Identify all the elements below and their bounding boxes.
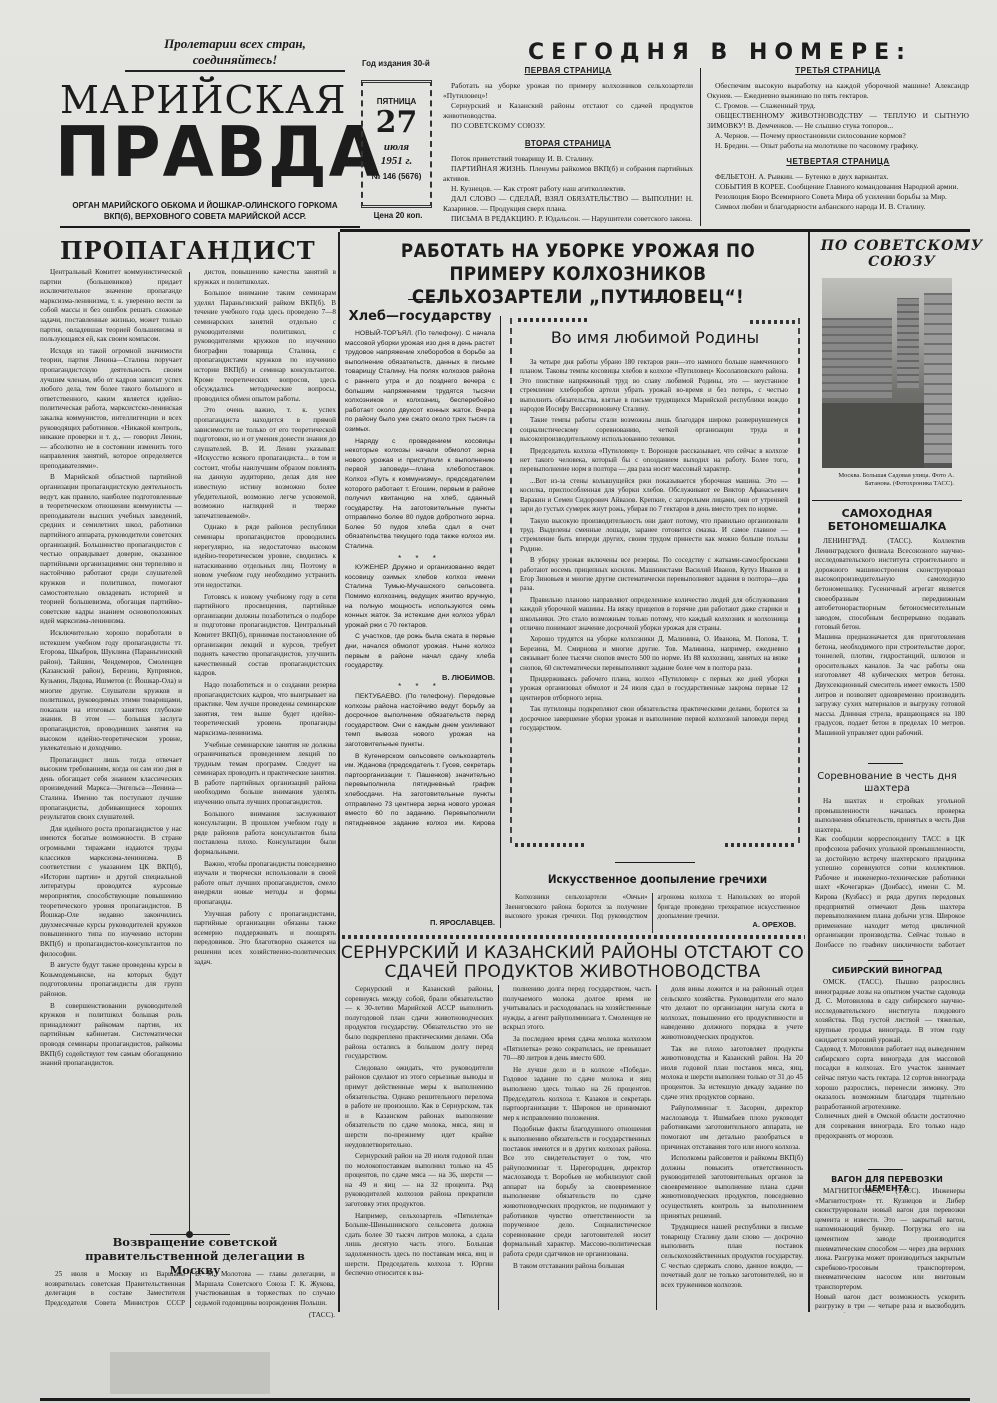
signature: В. ЛЮБИМОВ. (345, 673, 495, 683)
separator: * * * (345, 554, 495, 564)
paragraph: С участков, где рожь была сжата в первые… (345, 632, 495, 670)
delegation-column-2: В. М. Молотова — главы делегации, и Марш… (195, 1270, 335, 1318)
contents-item: ФЕЛЬЕТОН. А. Рывкин. — Бутенко в двух ва… (707, 172, 969, 182)
contents-item: С. Громов. — Слаженный труд. (707, 101, 969, 111)
contents-item: ПАРТИЙНАЯ ЖИЗНЬ. Пленумы райкомов ВКП(б)… (443, 164, 693, 184)
bread-headline: Хлеб—государству (345, 309, 495, 324)
divider (812, 500, 962, 501)
divider (868, 1169, 903, 1170)
contents-item: ПО СОВЕТСКОМУ СОЮЗУ. (443, 121, 693, 131)
livestock-column-2: полнению долга перед государством, часть… (503, 985, 651, 1315)
contents-item: Н. Кузнецов. — Как строят работу наш аги… (443, 184, 693, 194)
paragraph: Надо позаботиться и о создании резерва п… (194, 681, 336, 739)
photo-moscow-street (822, 278, 952, 468)
contents-item: ОБЩЕСТВЕННОМУ ЖИВОТНОВОДСТВУ — ТЕПЛУЮ И … (707, 111, 969, 131)
paragraph: Колхозники сельхозартели «Овчьи» Звениго… (505, 893, 800, 923)
year: 1951 г. (363, 154, 430, 168)
contents-item: ПИСЬМА В РЕДАКЦИЮ. Р. Юдальсон. — Наруши… (443, 214, 693, 224)
date-box: ПЯТНИЦА 27 июля 1951 г. № 146 (5676) (361, 80, 432, 208)
contents-item: А. Чернов. — Почему приостановили силосо… (707, 131, 969, 141)
contents-item: Резолюция Бюро Всемирного Совета Мира об… (707, 192, 969, 202)
divider (700, 68, 701, 226)
paragraph: Такую высокую производительность они даю… (520, 517, 788, 555)
buckwheat-signature: А. ОРЕХОВ. (700, 920, 796, 929)
paragraph: Правильно планово направляют определенно… (520, 596, 788, 634)
day: 27 (363, 106, 430, 140)
paragraph: Например, сельхозартель «Пятилетка» Боль… (345, 1212, 493, 1279)
contents-right: ТРЕТЬЯ СТРАНИЦА Обеспечим высокую вырабо… (707, 63, 969, 212)
paragraph: За четыре дня работы убрано 180 гектаров… (520, 358, 788, 414)
contents-left: ПЕРВАЯ СТРАНИЦА Работать на уборке урожа… (443, 63, 693, 224)
paragraph: полнению долга перед государством, часть… (503, 985, 651, 1033)
section-divider (338, 232, 340, 1312)
ornament (518, 318, 588, 322)
paragraph: Не лучше дело и в колхозе «Победа». Годо… (503, 1066, 651, 1124)
paragraph: Однако в ряде районов республики семинар… (194, 523, 336, 590)
ornament-divider (342, 935, 805, 939)
divider (615, 862, 695, 863)
sidebar-item-text: МАГНИТОГОРСК. (ТАСС). Инженеры «Магнитос… (815, 1187, 965, 1313)
divider (640, 299, 675, 300)
paragraph: Центральный Комитет коммунистической пар… (40, 268, 182, 345)
bread-article: НОВЫЙ-ТОРЪЯЛ. (По телефону). С начала ма… (345, 329, 495, 829)
sidebar-headline: ПО СОВЕТСКОМУ СОЮЗУ (812, 238, 992, 270)
editorial-column-1: Центральный Комитет коммунистической пар… (40, 268, 182, 1231)
column-divider (189, 272, 190, 1232)
paragraph: Исходя из такой огромной значимости теор… (40, 347, 182, 472)
livestock-headline: СЕРНУРСКИЙ И КАЗАНСКИЙ РАЙОНЫ ОТСТАЮТ СО… (340, 944, 805, 982)
source: (ТАСС). (195, 1310, 335, 1318)
price: Цена 20 коп. (368, 211, 428, 220)
contents-item: Поток приветствий товарищу И. В. Сталину… (443, 154, 693, 164)
contents-title: СЕГОДНЯ В НОМЕРЕ: (520, 40, 920, 65)
contents-page-heading: ЧЕТВЕРТАЯ СТРАНИЦА (707, 157, 969, 167)
contents-item: ДАЛ СЛОВО — СДЕЛАЙ, ВЗЯЛ ОБЯЗАТЕЛЬСТВО —… (443, 194, 693, 214)
paragraph: Председатель колхоза «Путиловец» т. Воро… (520, 447, 788, 475)
contents-item: Работать на уборке урожая по примеру кол… (443, 81, 693, 101)
library-stamp (110, 1352, 270, 1394)
rodina-article: За четыре дня работы убрано 180 гектаров… (520, 358, 788, 836)
delegation-column-1: 25 июля в Москву из Варшавы возвратилась… (45, 1270, 185, 1310)
paragraph: 25 июля в Москву из Варшавы возвратилась… (45, 1270, 185, 1310)
paragraph: КУЖЕНЕР. Дружно и организованно ведет ко… (345, 563, 495, 630)
ornament (725, 843, 795, 847)
sidebar-item-headline: СИБИРСКИЙ ВИНОГРАД (812, 966, 962, 975)
bottom-rule (40, 1398, 970, 1401)
divider (340, 229, 970, 232)
column-divider (656, 985, 657, 1310)
livestock-column-1: Сернурский и Казанский районы, соревнуяс… (345, 985, 493, 1315)
paragraph: Наряду с проведением косовицы некоторые … (345, 437, 495, 552)
paragraph: Так же плохо заготовляет продукты животн… (661, 1045, 803, 1103)
ornament (515, 843, 585, 847)
paragraph: Следовало ожидать, что руководители райо… (345, 1064, 493, 1150)
contents-item: Символ любви и благодарности албанского … (707, 202, 969, 212)
paragraph: Сернурский и Казанский районы, соревнуяс… (345, 985, 493, 1062)
paragraph: Сернурский район на 20 июля годовой план… (345, 1152, 493, 1210)
contents-item: Обеспечим высокую выработку на каждой уб… (707, 81, 969, 101)
paragraph: Это очень важно, т. к. успех пропагандис… (194, 406, 336, 521)
column-divider (500, 316, 501, 928)
contents-item: Н. Бредин. — Опыт работы на молотилке по… (707, 141, 969, 151)
paragraph: Улучшая работу с пропагандистами, партий… (194, 910, 336, 968)
paragraph: Исполкомы райсоветов и райкомы ВКП(б) до… (661, 1154, 803, 1221)
paragraph: В уборку урожая включены все резервы. По… (520, 556, 788, 594)
paragraph: Учебные семинарские занятия не должны ог… (194, 741, 336, 808)
paragraph: Подобные факты благодушного отношения к … (503, 1125, 651, 1259)
sidebar-item-text: ЛЕНИНГРАД. (ТАСС). Коллектив Ленинградск… (815, 537, 965, 755)
masthead-slogan: Пролетарии всех стран, соединяйтесь! (125, 36, 345, 72)
paragraph: Так путиловцы подкрепляют свои обязатель… (520, 705, 788, 733)
livestock-column-3: доля вины ложится и на районный отдел се… (661, 985, 803, 1315)
paragraph: Важно, чтобы пропагандисты повседневно и… (194, 860, 336, 908)
divider (408, 299, 443, 300)
paragraph: В. М. Молотова — главы делегации, и Марш… (195, 1270, 335, 1308)
paragraph: В совершенствовании руководителей кружко… (40, 1002, 182, 1069)
ornament (750, 320, 795, 324)
section-divider (808, 232, 810, 1312)
paragraph: Большое внимание таким семинарам уделял … (194, 289, 336, 404)
paragraph: Исключительно хорошо поработали в истекш… (40, 629, 182, 754)
paragraph: Такие темпы работы стали возможны лишь б… (520, 416, 788, 444)
paragraph: Придерживаясь рабочего плана, колхоз «Пу… (520, 675, 788, 703)
paragraph: В таком отставании района большая (503, 1262, 651, 1272)
paragraph: Райуполминзаг т. Засорин, директор масло… (661, 1104, 803, 1152)
separator: * * * (345, 682, 495, 692)
sidebar-item-text: На шахтах и стройках угольной промышленн… (815, 797, 965, 947)
paragraph: ...Вот из-за стены колышущейся ржи показ… (520, 477, 788, 515)
contents-page-heading: ВТОРАЯ СТРАНИЦА (443, 139, 693, 149)
column-divider (190, 1272, 191, 1308)
column-divider (498, 985, 499, 1310)
editorial-column-2: дистов, повышению качества занятий в кру… (194, 268, 336, 1231)
masthead-title-line2: ПРАВДА (55, 116, 330, 190)
month: июля (363, 140, 430, 154)
paragraph: НОВЫЙ-ТОРЪЯЛ. (По телефону). С начала ма… (345, 329, 495, 435)
paragraph: доля вины ложится и на районный отдел се… (661, 985, 803, 1043)
paragraph: За последнее время сдача молока колхозом… (503, 1035, 651, 1064)
photo-caption: Москва. Большая Садовая улица. Фото А. Б… (822, 472, 954, 488)
issue-number: № 146 (5676) (363, 172, 430, 181)
sidebar-item-headline: САМОХОДНАЯ БЕТОНОМЕШАЛКА (812, 507, 962, 533)
paragraph: Большого внимания заслуживают консультац… (194, 810, 336, 858)
sidebar-item-headline: Соревнование в честь дня шахтера (812, 771, 962, 795)
paragraph: дистов, повышению качества занятий в кру… (194, 268, 336, 287)
bread-signature: П. ЯРОСЛАВЦЕВ. (345, 918, 495, 927)
editorial-headline: ПРОПАГАНДИСТ (60, 236, 300, 265)
paragraph: В Кугенерском сельсовете сельхозартель и… (345, 752, 495, 829)
paragraph: ПЕКТУБАЕВО. (По телефону). Передовые кол… (345, 692, 495, 750)
paragraph: В августе будут также проведены курсы в … (40, 961, 182, 999)
contents-page-heading: ПЕРВАЯ СТРАНИЦА (443, 66, 693, 76)
sidebar-item-text: ОМСК. (ТАСС). Пышно разрослись виноградн… (815, 978, 965, 1150)
year-of-issue: Год издания 30-й (362, 59, 432, 68)
paragraph: В Марийской областной партийной организа… (40, 473, 182, 627)
paragraph: Пропагандист лишь тогда отвечает высоким… (40, 756, 182, 823)
paragraph: Хорошо трудятся на уборке колхозники Д. … (520, 635, 788, 673)
paragraph: Трудящиеся нашей республики в письме тов… (661, 1223, 803, 1290)
divider (868, 960, 903, 961)
masthead-organ: ОРГАН МАРИЙСКОГО ОБКОМА И ЙОШКАР-ОЛИНСКО… (60, 200, 350, 222)
contents-page-heading: ТРЕТЬЯ СТРАНИЦА (707, 66, 969, 76)
paragraph: Для идейного роста пропагандистов у нас … (40, 825, 182, 959)
contents-item: Сернурский и Казанский районы отстают со… (443, 101, 693, 121)
divider (868, 763, 903, 764)
rodina-headline: Во имя любимой Родины (515, 328, 795, 347)
divider (60, 226, 360, 228)
buckwheat-headline: Искусственное доопыление гречихи (529, 872, 786, 886)
paragraph: Готовясь к новому учебному году в сети п… (194, 593, 336, 679)
contents-item: СОБЫТИЯ В КОРЕЕ. Сообщение Главного кома… (707, 182, 969, 192)
